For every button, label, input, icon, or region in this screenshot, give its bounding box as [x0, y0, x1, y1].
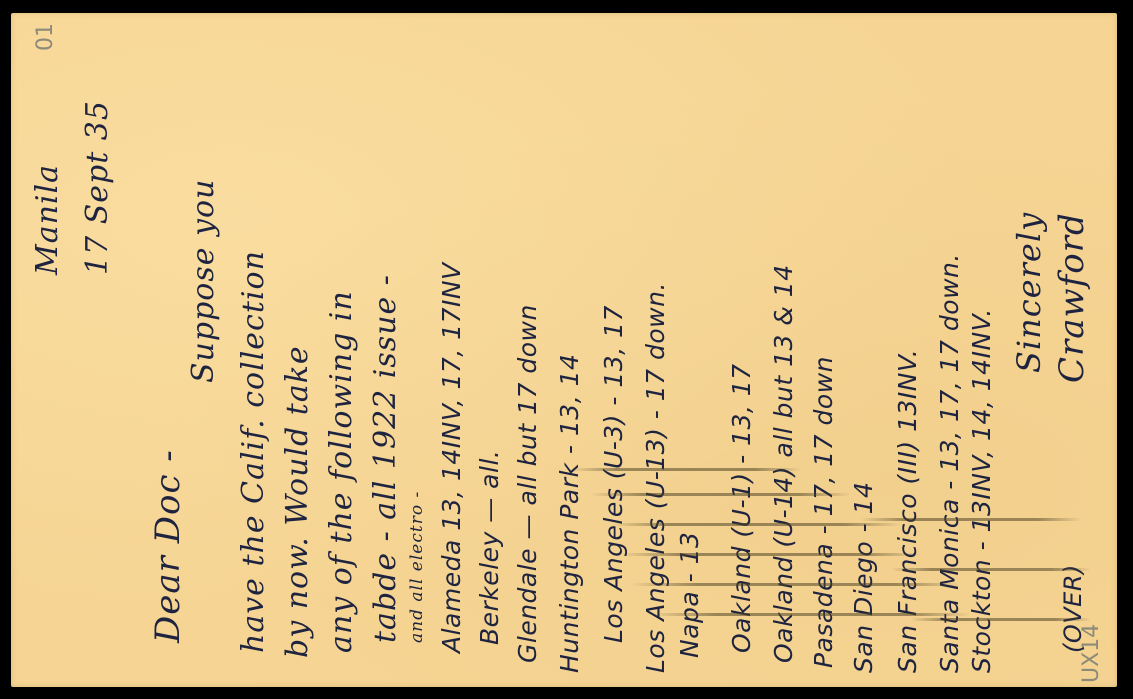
body-line: and all electro - — [409, 491, 426, 643]
list-item: Huntington Park - 13, 14 — [557, 354, 582, 673]
postmark-cancel-line — [651, 613, 971, 616]
body-line: Suppose you — [189, 179, 219, 383]
signature: Crawford — [1055, 212, 1089, 383]
pencil-mark-top: 01 — [35, 23, 57, 51]
list-item: Los Angeles (U-3) - 13, 17 — [601, 305, 626, 643]
body-line: any of the following in — [327, 290, 357, 653]
body-line: have the Calif. collection — [239, 250, 269, 653]
postmark-cancel-line — [861, 518, 1081, 521]
list-item: Glendale — all but 17 down — [515, 304, 540, 663]
list-item: Oakland (U-1) - 13, 17 — [729, 363, 754, 653]
list-item: Pasadena - 17, 17 down — [811, 356, 836, 668]
postmark-cancel-line — [621, 553, 921, 556]
postcard: 01 UX14 Manila 17 Sept 35 Dear Doc - Sup… — [11, 13, 1117, 687]
postmark-cancel-line — [891, 568, 1091, 571]
salutation: Dear Doc - — [151, 449, 185, 643]
postmark-cancel-line — [911, 618, 1091, 621]
list-item: Santa Monica - 13, 17, 17 down. — [937, 253, 962, 673]
list-item: San Francisco (III) 13INV. — [895, 349, 920, 673]
list-item: San Diego - 14 — [851, 482, 876, 673]
list-item: Berkeley — all. — [477, 450, 502, 645]
place: Manila — [33, 164, 63, 275]
body-line: by now. Would take — [283, 345, 313, 658]
postmark-cancel-line — [571, 468, 801, 471]
closing: Sincerely — [1013, 212, 1045, 373]
over-note: (OVER) — [1061, 564, 1085, 653]
list-item: Napa - 13 — [677, 532, 702, 658]
date: 17 Sept 35 — [83, 100, 113, 275]
body-line: tabde - all 1922 issue - — [371, 274, 401, 643]
postmark-cancel-line — [591, 493, 851, 496]
postmark-cancel-line — [611, 523, 901, 526]
list-item: Oakland (U-14) all but 13 & 14 — [771, 264, 796, 663]
postmark-cancel-line — [631, 583, 961, 586]
list-item: Alameda 13, 14INV, 17, 17INV — [439, 262, 464, 653]
